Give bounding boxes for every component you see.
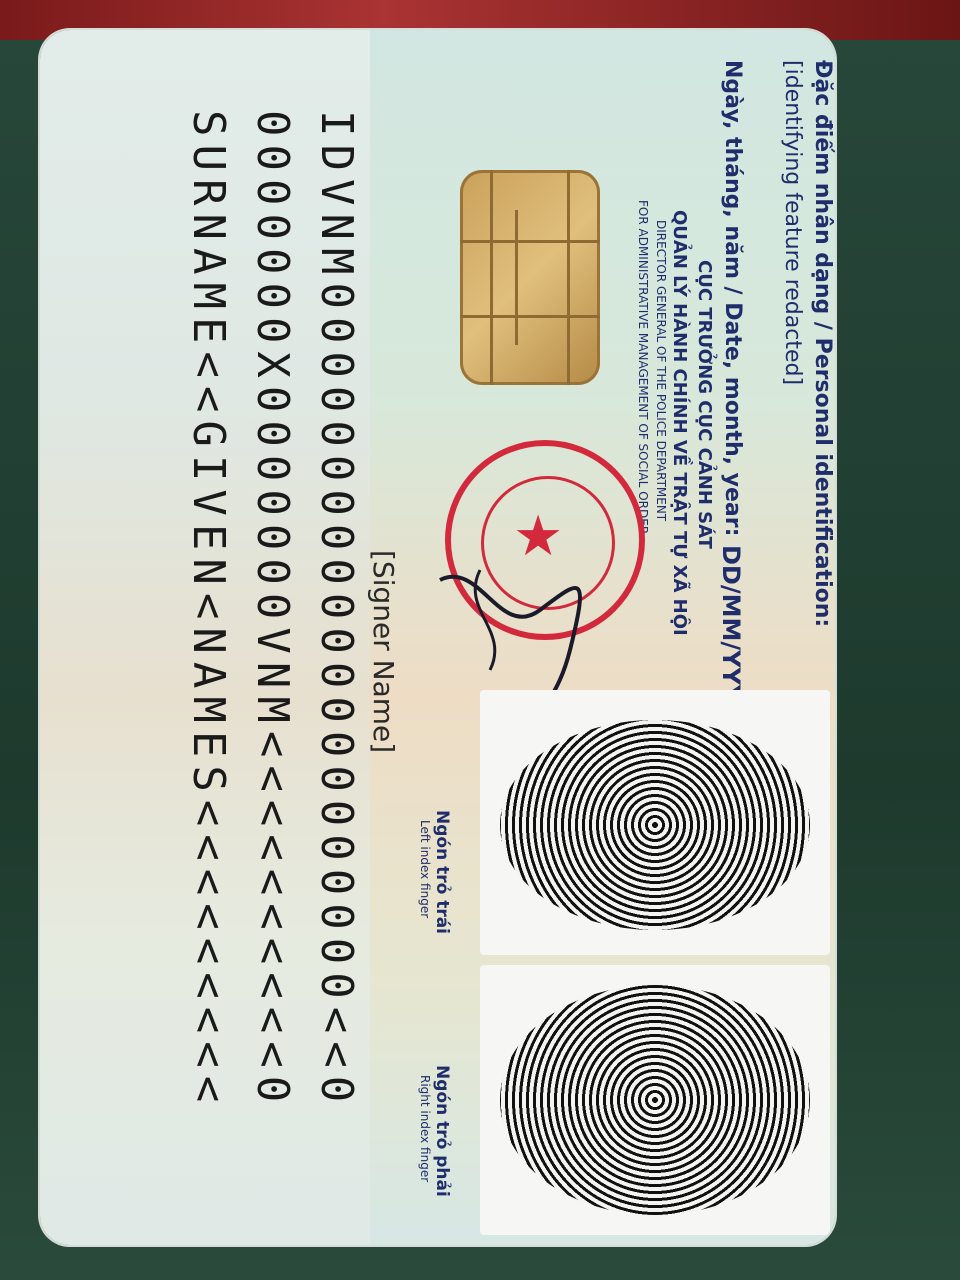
authority-en-line2: FOR ADMINISTRATIVE MANAGEMENT OF SOCIAL … bbox=[636, 200, 650, 534]
authority-vi-line1: CỤC TRƯỞNG CỤC CẢNH SÁT bbox=[694, 260, 715, 549]
mrz-line-3: SURNAME<<GIVEN<NAMES<<<<<<<<< bbox=[183, 110, 234, 1110]
authority-vi-line2: QUẢN LÝ HÀNH CHÍNH VỀ TRẬT TỰ XÃ HỘI bbox=[669, 210, 690, 636]
left-finger-label-en: Left index finger bbox=[418, 820, 432, 918]
left-index-fingerprint bbox=[500, 720, 810, 930]
mrz-line-1: IDVNM000000000000000000000<<0 bbox=[311, 110, 362, 1110]
right-finger-label-en: Right index finger bbox=[418, 1075, 432, 1182]
right-finger-label: Ngón trỏ phải bbox=[432, 1065, 452, 1197]
authority-en-line1: DIRECTOR GENERAL OF THE POLICE DEPARTMEN… bbox=[654, 220, 668, 521]
left-finger-label: Ngón trỏ trái bbox=[432, 810, 452, 934]
issue-date-label: Ngày, tháng, năm / Date, month, year: bbox=[720, 60, 745, 536]
left-index-fingerprint-box bbox=[480, 690, 830, 955]
id-card-back: Đặc điểm nhân dạng / Personal identifica… bbox=[40, 30, 835, 1245]
right-index-fingerprint-box bbox=[480, 965, 830, 1235]
personal-id-detail: [identifying feature redacted] bbox=[780, 60, 805, 385]
right-index-fingerprint bbox=[500, 985, 810, 1215]
mrz-line-2: 0000000X0000000VNM<<<<<<<<<<0 bbox=[247, 110, 298, 1110]
smart-chip bbox=[460, 170, 600, 385]
personal-id-header: Đặc điểm nhân dạng / Personal identifica… bbox=[810, 60, 835, 627]
signer-name: [Signer Name] bbox=[367, 550, 400, 753]
